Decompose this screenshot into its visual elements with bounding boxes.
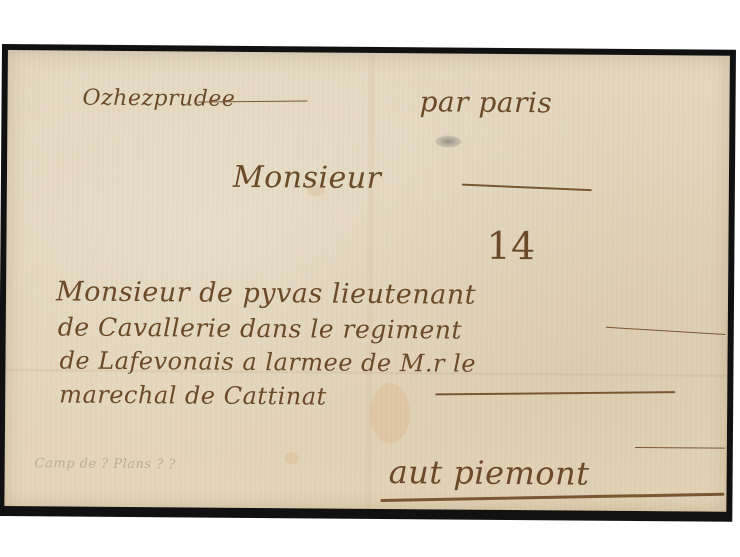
address-line-2: de Cavallerie dans le regiment bbox=[58, 312, 462, 344]
address-line-1: Monsieur de pyvas lieutenant bbox=[56, 276, 476, 310]
letter-mount: Ozhezprudee par paris Monsieur 14 Monsie… bbox=[0, 44, 736, 522]
flourish-line bbox=[462, 184, 592, 191]
flourish-line bbox=[198, 100, 308, 102]
flourish-line bbox=[606, 327, 726, 335]
annotation-routing: par paris bbox=[419, 85, 552, 119]
flourish-line bbox=[435, 391, 675, 395]
address-line-3: de Lafevonais a larmee de M.r le bbox=[59, 346, 476, 377]
destination: aut piemont bbox=[389, 453, 590, 493]
address-line-4: marechal de Cattinat bbox=[59, 380, 327, 410]
ink-smudge bbox=[435, 135, 461, 147]
stain bbox=[285, 452, 299, 464]
stain bbox=[370, 383, 410, 443]
pencil-annotation: Camp de ? Plans ? ? bbox=[35, 456, 176, 472]
flourish-line bbox=[635, 447, 725, 449]
letter-paper: Ozhezprudee par paris Monsieur 14 Monsie… bbox=[4, 50, 730, 512]
postage-rate: 14 bbox=[486, 224, 536, 268]
annotation-top-left: Ozhezprudee bbox=[82, 86, 235, 112]
underline-flourish bbox=[380, 493, 724, 502]
salutation: Monsieur bbox=[233, 160, 382, 196]
